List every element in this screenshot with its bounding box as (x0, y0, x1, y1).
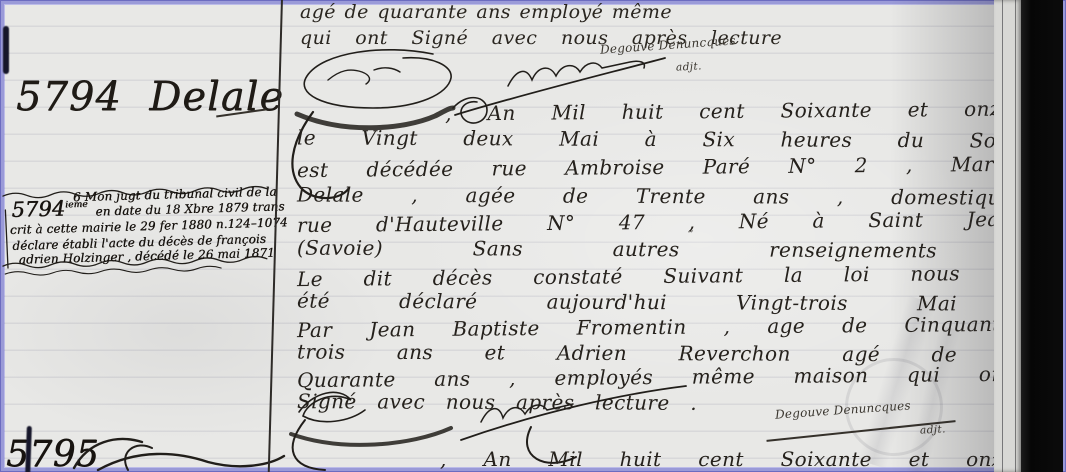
record-number: 5794 (16, 74, 122, 120)
record-line: le Vingt deux Mai à Six heures du Soir (297, 126, 1013, 152)
book-gutter (1021, 0, 1063, 472)
page-edge-line (1015, 0, 1016, 472)
record-line: Delale , agée de Trente ans , domestique (297, 183, 1013, 209)
adjacent-page-strip (994, 0, 1022, 472)
record-name: Delale (149, 74, 284, 120)
page-edge-line (1002, 0, 1003, 472)
record-line: (Savoie) Sans autres renseignements (297, 237, 937, 263)
margin-annotation: 5794ieme 6 Mon jugt du tribunal civil de… (0, 178, 301, 282)
register-page-scan: agé de quarante ans employé même qui ont… (0, 0, 1066, 472)
record-line: été déclaré aujourd'hui Vingt-trois Mai (297, 290, 957, 316)
scan-edge-mark (3, 26, 9, 74)
correction-marks: ‴ (688, 230, 694, 242)
next-record-first-line: , An Mil huit cent Soixante et onze (440, 448, 1015, 471)
next-record-name-flourish (58, 432, 288, 472)
previous-record-line: agé de quarante ans employé même (300, 2, 672, 24)
official-title: adjt. (920, 423, 946, 436)
